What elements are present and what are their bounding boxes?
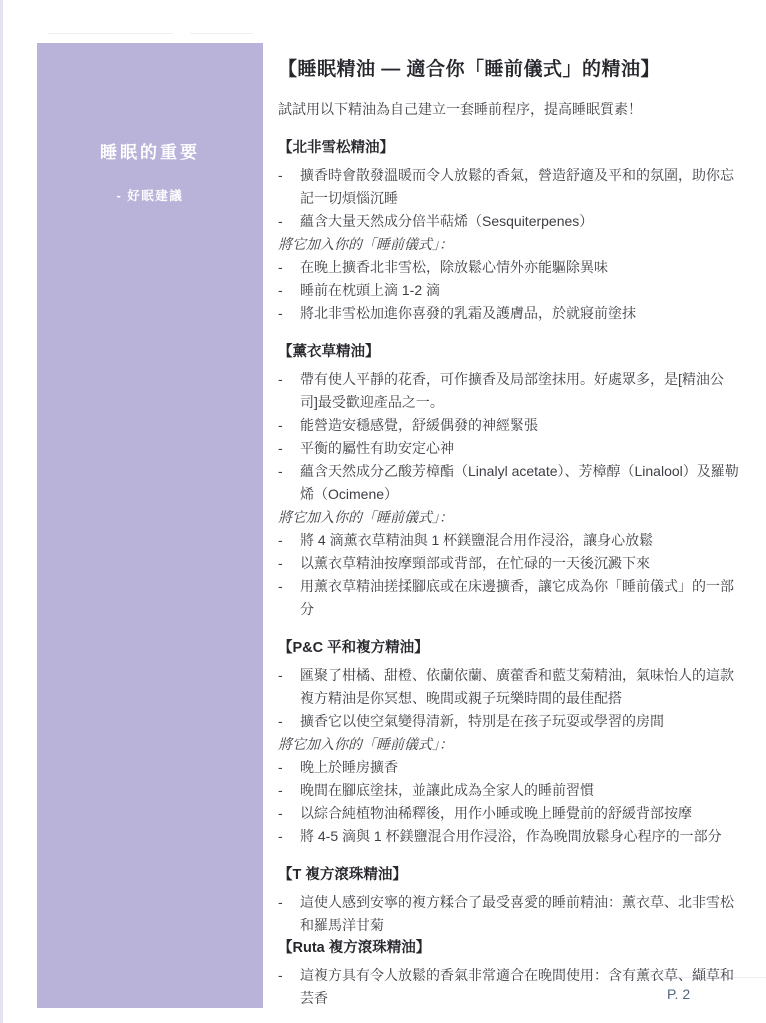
bullet-dash: - [278,414,300,437]
bullet-dash: - [278,256,300,279]
section-heading: 【北非雪松精油】 [278,137,740,160]
bullet-dash: - [278,279,300,302]
bullet-text: 以綜合純植物油稀釋後，用作小睡或晚上睡覺前的舒緩背部按摩 [300,802,740,825]
bullet-text: 將北非雪松加進你喜發的乳霜及護膚品，於就寢前塗抹 [300,302,740,325]
intro-text: 試試用以下精油為自己建立一套睡前程序，提高睡眠質素！ [278,98,740,121]
bullet-text: 晚上於睡房擴香 [300,756,740,779]
table-border-line [190,33,253,34]
bullet-item: - 將北非雪松加進你喜發的乳霜及護膚品，於就寢前塗抹 [278,302,740,325]
sidebar-title: 睡眠的重要 [37,141,263,165]
bullet-item: - 這使人感到安寧的複方糅合了最受喜愛的睡前精油：薰衣草、北非雪松和羅馬洋甘菊 [278,891,740,937]
bullet-item: - 匯聚了柑橘、甜橙、依蘭依蘭、廣藿香和藍艾菊精油，氣味怡人的這款複方精油是你冥… [278,664,740,710]
table-border-line [48,33,173,34]
bullet-text: 平衡的屬性有助安定心神 [300,437,740,460]
bullet-text: 擴香它以使空氣變得清新，特別是在孩子玩耍或學習的房間 [300,710,740,733]
bullet-item: - 擴香它以使空氣變得清新，特別是在孩子玩耍或學習的房間 [278,710,740,733]
bullet-dash: - [278,368,300,391]
content-area: 【睡眠精油 — 適合你「睡前儀式」的精油】 試試用以下精油為自己建立一套睡前程序… [278,56,740,1010]
bullet-item: - 睡前在枕頭上滴 1-2 滴 [278,279,740,302]
bullet-text: 晚間在腳底塗抹，並讓此成為全家人的睡前習慣 [300,779,740,802]
bullet-item: - 帶有使人平靜的花香，可作擴香及局部塗抹用。好處眾多，是[精油公司]最受歡迎產… [278,368,740,414]
bullet-item: - 將 4 滴薰衣草精油與 1 杯鎂鹽混合用作浸浴，讓身心放鬆 [278,529,740,552]
bullet-text: 這使人感到安寧的複方糅合了最受喜愛的睡前精油：薰衣草、北非雪松和羅馬洋甘菊 [300,891,740,937]
bullet-item: - 用薰衣草精油搓揉腳底或在床邊擴香，讓它成為你「睡前儀式」的一部分 [278,575,740,621]
bullet-item: - 晚上於睡房擴香 [278,756,740,779]
bullet-dash: - [278,891,300,914]
bullet-dash: - [278,210,300,233]
bullet-item: - 蘊含天然成分乙酸芳樟酯（Linalyl acetate）、芳樟醇（Linal… [278,460,740,506]
bullet-item: - 平衡的屬性有助安定心神 [278,437,740,460]
bullet-item: - 晚間在腳底塗抹，並讓此成為全家人的睡前習慣 [278,779,740,802]
bullet-item: - 將 4-5 滴與 1 杯鎂鹽混合用作浸浴，作為晚間放鬆身心程序的一部分 [278,825,740,848]
bullet-text: 睡前在枕頭上滴 1-2 滴 [300,279,740,302]
bullet-item: - 以綜合純植物油稀釋後，用作小睡或晚上睡覺前的舒緩背部按摩 [278,802,740,825]
bullet-dash: - [278,552,300,575]
sidebar-panel: 睡眠的重要 - 好眠建議 [37,43,263,1008]
bullet-dash: - [278,460,300,483]
section-heading: 【T 複方滾珠精油】 [278,864,740,887]
bullet-item: - 蘊含大量天然成分倍半萜烯（Sesquiterpenes） [278,210,740,233]
bullet-item: - 在晚上擴香北非雪松，除放鬆心情外亦能驅除異味 [278,256,740,279]
bullet-item: - 以薰衣草精油按摩頸部或背部，在忙碌的一天後沉澱下來 [278,552,740,575]
bullet-dash: - [278,575,300,598]
bullet-dash: - [278,529,300,552]
section-heading: 【薰衣草精油】 [278,341,740,364]
bullet-text: 蘊含天然成分乙酸芳樟酯（Linalyl acetate）、芳樟醇（Linaloo… [300,460,740,506]
bullet-text: 在晚上擴香北非雪松，除放鬆心情外亦能驅除異味 [300,256,740,279]
section-heading: 【Ruta 複方滾珠精油】 [278,937,740,960]
sidebar-subtitle: - 好眠建議 [37,187,263,205]
bullet-dash: - [278,302,300,325]
ritual-label: 將它加入你的「睡前儀式」： [278,233,740,256]
page-number: P. 2 [667,985,690,1003]
bullet-dash: - [278,164,300,187]
bullet-dash: - [278,964,300,987]
bullet-dash: - [278,779,300,802]
bullet-dash: - [278,664,300,687]
bullet-dash: - [278,825,300,848]
section-peace-calming: 【P&C 平和複方精油】 - 匯聚了柑橘、甜橙、依蘭依蘭、廣藿香和藍艾菊精油，氣… [278,637,740,848]
page-title: 【睡眠精油 — 適合你「睡前儀式」的精油】 [278,56,740,83]
page-edge-strip [0,0,3,1023]
bullet-dash: - [278,710,300,733]
bullet-text: 能營造安穩感覺，舒緩偶發的神經緊張 [300,414,740,437]
bullet-text: 將 4-5 滴與 1 杯鎂鹽混合用作浸浴，作為晚間放鬆身心程序的一部分 [300,825,740,848]
section-heading: 【P&C 平和複方精油】 [278,637,740,660]
bullet-dash: - [278,437,300,460]
bullet-item: - 能營造安穩感覺，舒緩偶發的神經緊張 [278,414,740,437]
bullet-text: 帶有使人平靜的花香，可作擴香及局部塗抹用。好處眾多，是[精油公司]最受歡迎產品之… [300,368,740,414]
ritual-label: 將它加入你的「睡前儀式」： [278,506,740,529]
bullet-dash: - [278,802,300,825]
bullet-text: 用薰衣草精油搓揉腳底或在床邊擴香，讓它成為你「睡前儀式」的一部分 [300,575,740,621]
bullet-item: - 擴香時會散發溫暖而令人放鬆的香氣，營造舒適及平和的氛圍，助你忘記一切煩惱沉睡 [278,164,740,210]
section-cedarwood: 【北非雪松精油】 - 擴香時會散發溫暖而令人放鬆的香氣，營造舒適及平和的氛圍，助… [278,137,740,325]
bullet-text: 以薰衣草精油按摩頸部或背部，在忙碌的一天後沉澱下來 [300,552,740,575]
ritual-label: 將它加入你的「睡前儀式」： [278,733,740,756]
section-lavender: 【薰衣草精油】 - 帶有使人平靜的花香，可作擴香及局部塗抹用。好處眾多，是[精油… [278,341,740,621]
bullet-text: 蘊含大量天然成分倍半萜烯（Sesquiterpenes） [300,210,740,233]
bullet-text: 擴香時會散發溫暖而令人放鬆的香氣，營造舒適及平和的氛圍，助你忘記一切煩惱沉睡 [300,164,740,210]
bullet-text: 匯聚了柑橘、甜橙、依蘭依蘭、廣藿香和藍艾菊精油，氣味怡人的這款複方精油是你冥想、… [300,664,740,710]
bullet-dash: - [278,756,300,779]
bullet-text: 將 4 滴薰衣草精油與 1 杯鎂鹽混合用作浸浴，讓身心放鬆 [300,529,740,552]
section-t-rollon: 【T 複方滾珠精油】 - 這使人感到安寧的複方糅合了最受喜愛的睡前精油：薰衣草、… [278,864,740,937]
